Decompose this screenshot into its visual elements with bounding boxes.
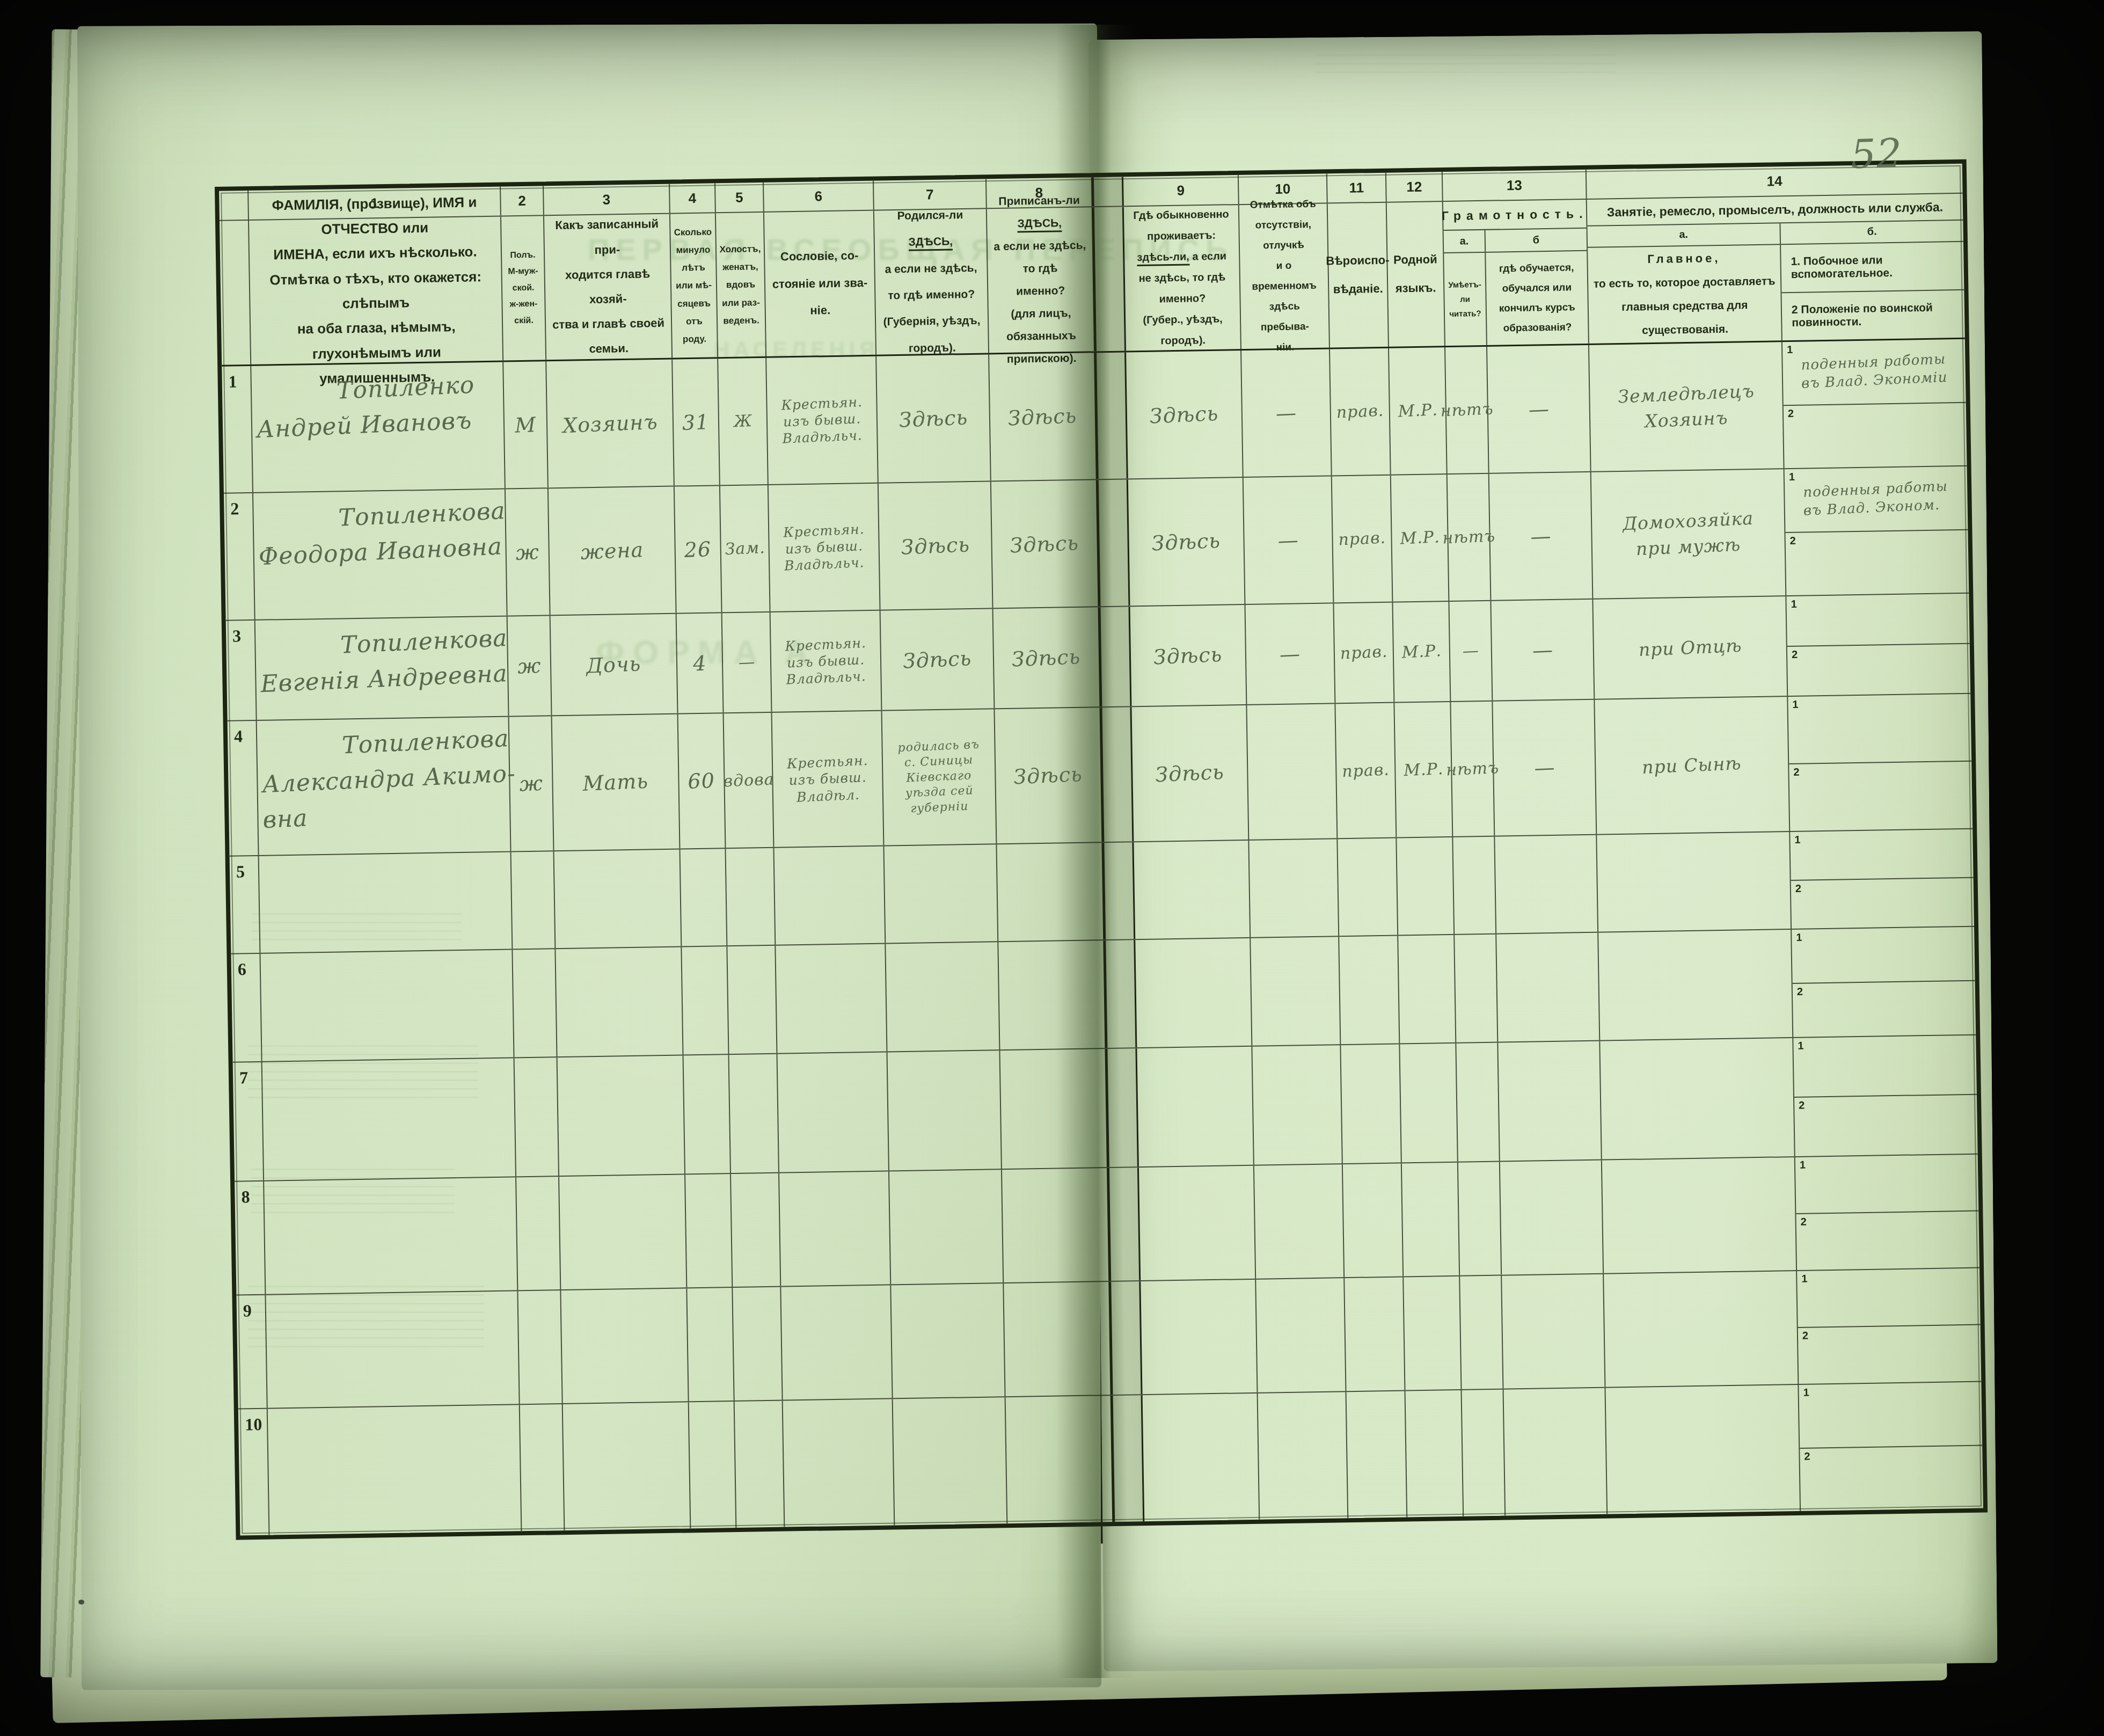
handwritten-value: — <box>1531 638 1553 662</box>
cell-religion: прав. <box>1335 703 1397 838</box>
handwritten-value: Ж <box>733 412 753 431</box>
cell-rownum: 8 <box>235 1181 266 1295</box>
header-rownum <box>220 221 251 365</box>
printed-sub-label: 2 <box>1802 1330 1808 1343</box>
header-line: ходится главѣ хозяй- <box>548 261 667 313</box>
side-occupation-sub1: 1 <box>1795 1155 1979 1213</box>
colnum-6: 6 <box>764 181 874 211</box>
cell-name: ТопиленковаАлександра Акимо-вна <box>257 717 512 855</box>
printed-sub-label: 1 <box>1798 1040 1803 1053</box>
printed-sub-label: 2 <box>1804 1450 1810 1463</box>
cell-lit_read <box>1460 1276 1503 1389</box>
header-line: или мѣ- <box>676 276 712 295</box>
handwritten-value: Дочь <box>586 652 642 677</box>
cell-absence <box>1247 704 1338 840</box>
header-estate-column: Сословіе, со- стояніе или зва- ніе. <box>764 211 876 356</box>
cell-registered <box>998 940 1107 1049</box>
header-line: Родной <box>1393 245 1437 274</box>
handwritten-value: нѣтъ <box>1442 527 1495 548</box>
handwritten-value: нѣтъ <box>1445 758 1499 779</box>
gutter-cell <box>1111 1281 1142 1395</box>
cell-registered: Здѣсь <box>991 480 1101 608</box>
cell-occupation: при Сынѣ <box>1595 697 1790 834</box>
cell-estate <box>776 944 887 1053</box>
handwritten-value: Здѣсь <box>1149 401 1219 428</box>
side-occupation-sub1: 1 <box>1788 694 1971 763</box>
cell-marital <box>727 946 777 1054</box>
cell-marital: Зам. <box>720 485 771 612</box>
header-literacy-group: Грамотность. а. б Умѣетъ- ли читать? гдѣ… <box>1443 200 1589 346</box>
cell-age <box>687 1288 734 1401</box>
cell-marital: — <box>722 612 772 712</box>
header-line: Главное, <box>1647 245 1721 271</box>
cell-registered <box>1004 1282 1113 1396</box>
header-line: не здѣсь, то гдѣ <box>1138 267 1225 289</box>
cell-resides: Здѣсь <box>1131 705 1249 841</box>
cell-absence <box>1251 937 1341 1046</box>
header-line: отсутствіи, отлучкѣ <box>1243 215 1324 257</box>
cell-absence: — <box>1244 476 1334 604</box>
side-occupation-sub2: 2 <box>1800 1445 1983 1511</box>
cell-name: ТопиленковаФеодора Ивановна <box>253 490 508 619</box>
handwritten-line: Здѣсь <box>901 533 970 559</box>
table-row-4: 4ТопиленковаАлександра Акимо-внажМать60в… <box>228 694 1973 857</box>
cell-religion: прав. <box>1332 476 1393 603</box>
header-line: а если не здѣсь, то гдѣ <box>991 234 1090 281</box>
handwritten-value: Здѣсь <box>1155 760 1225 787</box>
handwritten-value: Мать <box>582 769 649 796</box>
cell-relation <box>556 947 683 1057</box>
printed-sub-label: 2 <box>1792 648 1798 661</box>
header-line: а если не здѣсь, <box>885 254 977 282</box>
header-line: здѣсь-ли, а если <box>1137 246 1226 268</box>
cell-marital: вдова <box>724 713 775 848</box>
cell-resides <box>1135 938 1252 1047</box>
cell-name <box>264 1177 518 1294</box>
cell-registered: Здѣсь <box>995 707 1104 843</box>
header-line: Какъ записанный при- <box>547 211 667 263</box>
gutter-cell <box>1104 842 1135 939</box>
header-line: именно? <box>1159 288 1206 310</box>
handwritten-value: Здѣсь <box>1013 762 1083 789</box>
cell-estate <box>779 1171 891 1286</box>
occupation-desc-b: 1. Побочное или вспомогательное. 2 Полож… <box>1781 242 1965 340</box>
cell-rownum: 6 <box>231 954 262 1062</box>
cell-registered: Здѣсь <box>989 353 1099 480</box>
header-line: именно? <box>1016 280 1065 303</box>
side-occupation-sub2: 2 <box>1787 643 1970 696</box>
handwritten-line: при Отцѣ <box>1638 632 1743 662</box>
header-line: веденъ. <box>723 311 759 330</box>
cell-estate: Крестьян.изъ бывш.Владѣльч. <box>769 484 881 611</box>
cell-absence: — <box>1245 603 1335 704</box>
cell-age: 26 <box>675 486 722 612</box>
printed-sub-label: 1 <box>1801 1273 1807 1286</box>
side-occupation-sub1: 1 <box>1790 829 1973 880</box>
cell-registered <box>1000 1049 1109 1169</box>
header-line: стояніе или зва- <box>772 269 867 298</box>
cell-name <box>262 1058 516 1180</box>
cell-lit_read <box>1462 1390 1506 1516</box>
cell-resides <box>1134 841 1251 939</box>
handwritten-value: Здѣсь <box>1010 531 1079 558</box>
gutter-cell <box>1097 352 1128 479</box>
cell-sex <box>516 1177 561 1290</box>
occupation-label-b: б. <box>1780 221 1963 244</box>
cell-registered <box>997 843 1106 941</box>
literacy-title: Грамотность. <box>1443 200 1587 231</box>
printed-sub-label: 1 <box>1796 932 1802 944</box>
side-occupation-sub2: 2 <box>1796 1210 1979 1270</box>
cell-side: 12 <box>1797 1268 1981 1384</box>
header-line: Приписанъ-ли ЗДѢСЬ, <box>990 189 1088 236</box>
cell-religion <box>1338 838 1398 936</box>
handwritten-value: М.Р. <box>1398 400 1438 421</box>
gutter-cell <box>1094 207 1126 351</box>
handwritten-value: прав. <box>1340 643 1388 663</box>
header-line: и о временномъ <box>1243 256 1325 297</box>
gutter-cell <box>1113 1395 1145 1522</box>
side-occupation-sub2: 2 <box>1791 877 1974 929</box>
cell-rownum: 9 <box>236 1295 267 1409</box>
cell-name <box>260 950 514 1061</box>
header-line: Холостъ, <box>719 240 761 258</box>
page-number: 52 <box>1850 130 1903 178</box>
handwritten-line: Владѣл. <box>796 786 860 805</box>
handwritten-line: Владѣльч. <box>786 668 866 688</box>
header-religion-column: Вѣроиспо- вѣданіе. <box>1328 203 1389 348</box>
bleedthrough-smudge <box>1315 49 1616 73</box>
printed-sub-label: 2 <box>1795 883 1801 895</box>
cell-resides <box>1139 1166 1256 1280</box>
cell-absence <box>1256 1278 1346 1392</box>
header-line: Отмѣтка объ <box>1250 194 1316 216</box>
printed-sub-label: 1 <box>1794 834 1800 847</box>
cell-language <box>1402 1163 1460 1277</box>
header-line: Умѣетъ- <box>1448 277 1481 292</box>
cell-religion <box>1347 1391 1408 1518</box>
handwritten-value: 26 <box>684 537 712 561</box>
cell-resides: Здѣсь <box>1128 478 1246 606</box>
header-line: проживаетъ: <box>1147 225 1216 247</box>
table-body: 1ТопиленкоАндрей ИвановъМХозяинъ31ЖКрест… <box>222 339 1983 1536</box>
cell-side: 12 <box>1795 1155 1979 1270</box>
header-line: ской. <box>512 280 534 296</box>
cell-relation: Дочь <box>551 614 678 716</box>
cell-relation: Хозяинъ <box>546 360 675 488</box>
cell-lit_school: — <box>1489 472 1594 600</box>
cell-lit_read <box>1453 837 1496 934</box>
cell-language <box>1406 1390 1464 1518</box>
cell-rownum: 2 <box>224 493 255 620</box>
cell-absence <box>1258 1392 1349 1520</box>
cell-registered <box>1006 1396 1115 1523</box>
cell-language: М.Р. <box>1389 347 1448 475</box>
header-line: главныя средства для существованія. <box>1589 293 1781 344</box>
colnum-blank <box>219 191 249 220</box>
cell-relation <box>558 1055 685 1176</box>
header-line: минуло <box>676 241 710 259</box>
cell-rownum: 4 <box>228 721 259 856</box>
cell-born <box>887 1051 1002 1170</box>
cell-estate <box>774 847 886 945</box>
printed-sub-label: 2 <box>1799 1100 1805 1112</box>
side-occupation-sub1: 1 <box>1786 594 1969 646</box>
cell-age <box>689 1402 737 1528</box>
cell-language <box>1398 935 1456 1044</box>
printed-sub-label: 2 <box>1788 407 1794 420</box>
cell-religion: прав. <box>1334 603 1394 703</box>
header-line: то есть то, которое доставляетъ <box>1594 269 1776 296</box>
header-line: М-муж- <box>508 264 538 280</box>
handwritten-value: Хозяинъ <box>562 410 658 437</box>
handwritten-line: Владѣльч. <box>784 554 865 574</box>
cell-language <box>1397 837 1455 935</box>
cell-age <box>680 849 727 946</box>
header-birthplace-column: Родился-ли ЗДѢСЬ, а если не здѣсь, то гд… <box>874 209 989 354</box>
header-absence-column: Отмѣтка объ отсутствіи, отлучкѣ и о врем… <box>1239 203 1330 349</box>
gutter-cell <box>1106 940 1137 1048</box>
cell-estate: Крестьян.изъ бывш.Владѣл. <box>772 711 885 847</box>
cell-marital: Ж <box>718 358 769 485</box>
cell-born <box>889 1170 1004 1284</box>
handwritten-value: — <box>1533 755 1555 780</box>
side-occupation-sub2: 2 <box>1789 761 1972 831</box>
cell-rownum: 5 <box>230 856 261 953</box>
handwritten-line: Здѣсь <box>902 646 972 673</box>
literacy-sublabels: а. б <box>1444 229 1587 253</box>
census-table: 1 2 3 4 5 6 7 8 9 10 11 12 13 14 ФАМИЛІЯ… <box>215 159 1988 1540</box>
pencil-dot <box>78 1600 84 1604</box>
cell-lit_school <box>1500 1161 1604 1275</box>
cell-sex <box>513 949 557 1057</box>
printed-sub-label: 2 <box>1793 767 1799 779</box>
header-line: читать? <box>1449 306 1481 321</box>
handwritten-line: Владѣльч. <box>782 427 863 447</box>
cell-absence <box>1249 839 1339 937</box>
side-occupation-sub2: 2 <box>1794 1094 1978 1156</box>
cell-lit_school: — <box>1487 345 1591 473</box>
cell-estate <box>778 1053 889 1172</box>
handwritten-value: Здѣсь <box>1153 642 1223 669</box>
cell-rownum: 3 <box>226 621 257 720</box>
printed-sub-label: 2 <box>1797 986 1803 998</box>
cell-born: Здѣсь <box>881 609 995 710</box>
colnum-11: 11 <box>1327 173 1387 203</box>
cell-marital <box>729 1054 779 1173</box>
handwritten-value: М <box>514 413 537 437</box>
header-underlined: здѣсь-ли, <box>1137 251 1189 266</box>
colnum-5: 5 <box>715 183 764 212</box>
cell-side: 12 <box>1799 1382 1983 1511</box>
cell-religion <box>1345 1277 1405 1391</box>
table-row-10: 1012 <box>238 1382 1983 1536</box>
handwritten-value: — <box>1279 641 1301 666</box>
cell-rownum: 1 <box>222 366 253 493</box>
printed-sub-label: 1 <box>1800 1159 1806 1172</box>
cell-estate <box>783 1399 895 1527</box>
cell-lit_school: — <box>1493 700 1597 836</box>
cell-marital <box>735 1401 785 1528</box>
header-line: образованія? <box>1503 317 1572 338</box>
cell-sex: М <box>503 361 549 488</box>
cell-name <box>266 1291 520 1407</box>
cell-language <box>1400 1044 1458 1163</box>
header-name-column: ФАМИЛІЯ, (прозвище), ИМЯ и ОТЧЕСТВО или … <box>249 217 503 364</box>
gutter-cell <box>1107 1048 1138 1167</box>
header-occupation-group: Занятіе, ремесло, промыселъ, должность и… <box>1587 194 1965 344</box>
colnum-13: 13 <box>1443 170 1587 201</box>
cell-rownum: 10 <box>238 1409 270 1536</box>
header-underlined: ЗДѢСЬ, <box>908 236 953 251</box>
handwritten-value: прав. <box>1336 402 1384 422</box>
cell-absence <box>1254 1164 1345 1279</box>
literacy-desc-a: Умѣетъ- ли читать? <box>1444 253 1487 346</box>
cell-lit_school <box>1502 1274 1605 1389</box>
header-line: вѣданіе. <box>1333 275 1383 304</box>
handwritten-value: Здѣсь <box>1151 528 1221 555</box>
cell-occupation <box>1597 832 1792 932</box>
handwritten-value: 31 <box>682 410 710 434</box>
header-line: или раз- <box>722 294 760 312</box>
header-line: ИМЕНА, если ихъ нѣсколько. <box>273 239 477 267</box>
side-occupation-sub2: 2 <box>1784 402 1967 468</box>
handwritten-line: при мужѣ <box>1635 531 1741 561</box>
header-registration-column: Приписанъ-ли ЗДѢСЬ, а если не здѣсь, то … <box>987 207 1097 353</box>
header-line: Сословіе, со- <box>780 242 859 271</box>
cell-lit_read <box>1455 935 1498 1042</box>
cell-born: Здѣсь <box>876 354 991 482</box>
handwritten-value: жена <box>580 537 644 564</box>
colnum-12: 12 <box>1386 172 1443 202</box>
printed-sub-label: 1 <box>1792 699 1798 711</box>
cell-occupation <box>1600 1038 1795 1159</box>
cell-sex: ж <box>508 616 552 716</box>
header-age-column: Сколько минуло лѣтъ или мѣ- сяцевъ отъ р… <box>670 213 718 358</box>
occupation-descriptions: Главное, то есть то, которое доставляетъ… <box>1588 242 1965 343</box>
handwritten-value: 60 <box>688 769 715 793</box>
cell-born <box>886 942 1000 1051</box>
cell-marital <box>726 848 776 945</box>
handwritten-line: губерніи <box>910 799 969 816</box>
printed-sub-label: 2 <box>1800 1216 1806 1229</box>
header-language-column: Родной языкъ. <box>1387 202 1445 347</box>
cell-occupation: ЗемледѣлецъХозяинъ <box>1589 342 1785 471</box>
side-occupation-sub1: 1поденныя работывъ Влад. Эконом. <box>1785 466 1968 532</box>
cell-language: М.Р. <box>1391 475 1450 602</box>
cell-resides <box>1141 1280 1258 1394</box>
printed-sub-label: 2 <box>1790 535 1796 547</box>
cell-side: 12 <box>1788 694 1972 831</box>
handwritten-value: ж <box>515 539 540 564</box>
printed-sub-label: 1 <box>1803 1387 1809 1399</box>
cell-resides <box>1143 1394 1260 1521</box>
handwritten-value: Зам. <box>724 538 765 559</box>
cell-sex <box>520 1404 565 1531</box>
cell-age: 4 <box>677 613 724 713</box>
gutter-cell <box>1101 607 1132 706</box>
header-line: лѣтъ <box>682 259 705 277</box>
cell-lit_school: — <box>1491 600 1595 701</box>
cell-language: М.Р. <box>1393 602 1451 702</box>
header-text: Родился-ли <box>897 209 963 222</box>
header-line: Гдѣ обыкновенно <box>1133 204 1229 227</box>
cell-lit_read: нѣтъ <box>1445 347 1489 473</box>
side-occupation-sub1: 1 <box>1799 1382 1982 1448</box>
literacy-label-b: б <box>1486 229 1587 252</box>
header-line: ж-жен- <box>509 296 537 313</box>
cell-relation <box>554 850 682 949</box>
cell-registered <box>1002 1168 1111 1282</box>
cell-born: родилась въс. СиницыКіевскагоуѣзда сейгу… <box>882 709 997 845</box>
cell-side: 1поденныя работывъ Влад. Эконом.2 <box>1785 466 1969 595</box>
header-line: Полъ. <box>510 247 536 264</box>
header-line: (для лицъ, обязанныхъ <box>992 302 1091 348</box>
handwritten-value: прав. <box>1338 529 1386 550</box>
cell-sex <box>515 1057 559 1176</box>
header-sex-column: Полъ. М-муж- ской. ж-жен- скій. <box>501 216 546 360</box>
side-occupation-sub2: 2 <box>1798 1324 1982 1384</box>
cell-religion: прав. <box>1330 348 1391 476</box>
cell-relation <box>559 1175 687 1289</box>
cell-name <box>259 852 513 952</box>
header-line: ФАМИЛІЯ, (прозвище), ИМЯ и ОТЧЕСТВО или <box>252 189 497 243</box>
cell-registered: Здѣсь <box>993 607 1102 708</box>
cell-name <box>268 1405 522 1535</box>
handwritten-value: Здѣсь <box>1007 404 1077 431</box>
header-line: скій. <box>514 312 534 329</box>
printed-sub-label: 1 <box>1787 344 1793 356</box>
handwritten-value: — <box>738 653 755 672</box>
cell-absence <box>1252 1045 1342 1165</box>
cell-age: 31 <box>673 359 720 485</box>
literacy-label-a: а. <box>1444 230 1486 252</box>
header-line: обучался или <box>1502 278 1572 298</box>
header-line: отъ роду. <box>675 312 714 348</box>
handwritten-value: М.Р. <box>1401 641 1442 662</box>
cell-resides <box>1137 1047 1254 1166</box>
header-text: Приписанъ-ли <box>998 194 1080 208</box>
cell-lit_school <box>1498 1041 1602 1161</box>
header-line: вдовъ <box>726 276 756 294</box>
cell-marital <box>731 1173 781 1287</box>
cell-occupation <box>1605 1385 1801 1514</box>
colnum-9: 9 <box>1123 175 1239 206</box>
handwritten-value: Здѣсь <box>1011 644 1081 671</box>
handwritten-value: — <box>1530 524 1552 549</box>
side-occupation-sub1: 1 <box>1797 1268 1981 1327</box>
cell-age: 60 <box>678 713 726 848</box>
header-marital-column: Холостъ, женатъ, вдовъ или раз- веденъ. <box>716 213 766 357</box>
cell-occupation <box>1598 930 1793 1040</box>
cell-age <box>685 1174 733 1287</box>
cell-language: М.Р. <box>1394 702 1453 837</box>
handwritten-line: при Сынѣ <box>1642 750 1742 781</box>
header-residence-column: Гдѣ обыкновенно проживаетъ: здѣсь-ли, а … <box>1124 205 1241 351</box>
handwritten-value: ж <box>518 771 543 796</box>
handwritten-value: вдова <box>722 770 774 791</box>
cell-side: 12 <box>1792 927 1976 1037</box>
handwritten-value: ж <box>517 653 542 678</box>
cell-name: ТопиленковаЕвгенія Андреевна <box>255 617 509 720</box>
handwritten-value: 4 <box>692 651 707 675</box>
cell-religion <box>1341 1045 1401 1164</box>
cell-language <box>1404 1277 1462 1390</box>
printed-sub-label: 1 <box>1789 471 1795 484</box>
occupation-label-a: а. <box>1587 224 1781 247</box>
cell-born <box>893 1397 1008 1525</box>
cell-born <box>884 844 998 943</box>
